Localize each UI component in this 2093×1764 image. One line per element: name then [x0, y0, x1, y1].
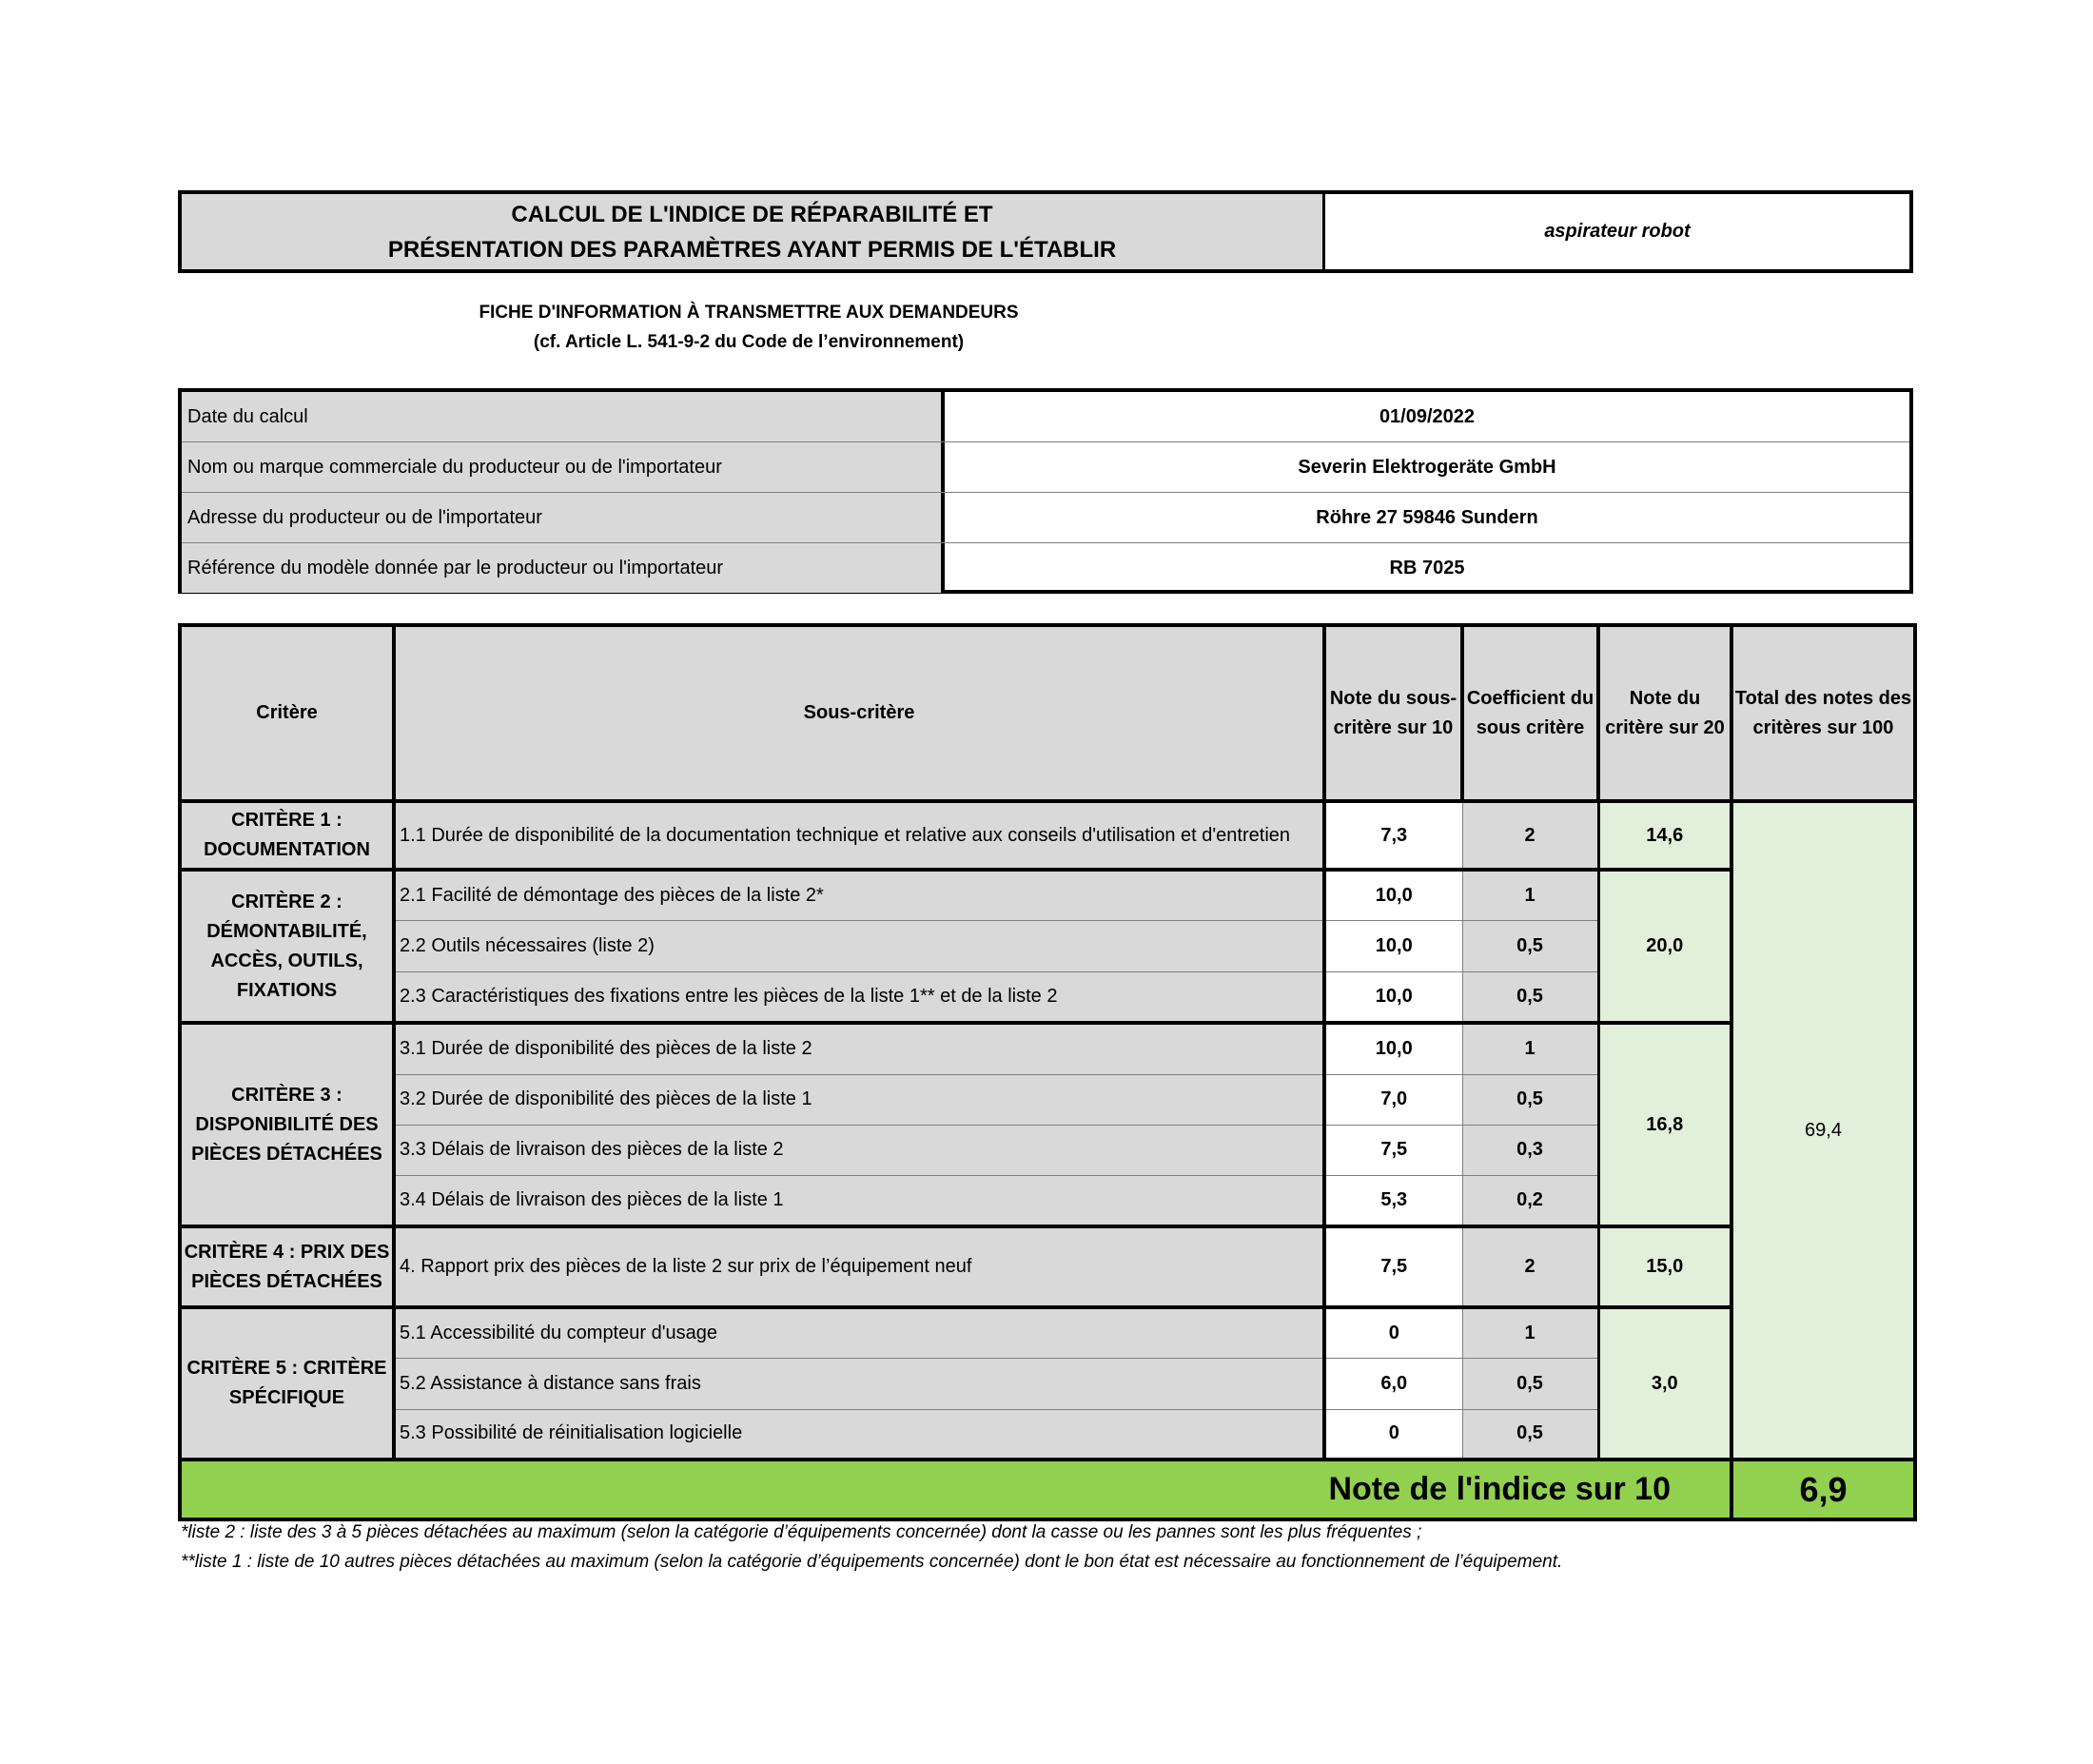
footnote-liste-1: **liste 1 : liste de 10 autres pièces dé… — [181, 1552, 1562, 1573]
sub-criterion-note: 0 — [1324, 1409, 1462, 1460]
sub-criterion-note: 7,0 — [1324, 1074, 1462, 1125]
info-value: RB 7025 — [945, 543, 1909, 593]
sub-criterion-label: 3.4 Délais de livraison des pièces de la… — [394, 1175, 1324, 1226]
sub-criterion-coef: 1 — [1462, 1307, 1598, 1358]
sub-criterion-coef: 0,5 — [1462, 1358, 1598, 1409]
sub-criterion-note: 10,0 — [1324, 870, 1462, 920]
sub-criterion-coef: 0,5 — [1462, 920, 1598, 971]
sub-criterion-coef: 0,3 — [1462, 1125, 1598, 1175]
repairability-table: Critère Sous-critère Note du sous-critèr… — [178, 623, 1917, 1521]
sub-criterion-coef: 0,2 — [1462, 1175, 1598, 1226]
info-label: Adresse du producteur ou de l'importateu… — [182, 493, 945, 542]
table-row: CRITÈRE 5 : CRITÈRE SPÉCIFIQUE 5.1 Acces… — [180, 1307, 1915, 1358]
criterion-score: 14,6 — [1598, 801, 1731, 870]
sub-criterion-note: 10,0 — [1324, 971, 1462, 1023]
sub-criterion-label: 5.1 Accessibilité du compteur d'usage — [394, 1307, 1324, 1358]
sub-criterion-label: 2.3 Caractéristiques des fixations entre… — [394, 971, 1324, 1023]
table-row: CRITÈRE 1 : DOCUMENTATION 1.1 Durée de d… — [180, 801, 1915, 870]
criterion-label: CRITÈRE 2 : DÉMONTABILITÉ, ACCÈS, OUTILS… — [180, 870, 394, 1023]
sub-criterion-coef: 1 — [1462, 1023, 1598, 1074]
sub-criterion-note: 10,0 — [1324, 1023, 1462, 1074]
info-row-address: Adresse du producteur ou de l'importateu… — [182, 493, 1909, 543]
sub-criterion-note: 5,3 — [1324, 1175, 1462, 1226]
sub-criterion-note: 7,5 — [1324, 1125, 1462, 1175]
product-type: aspirateur robot — [1325, 194, 1909, 269]
info-value: Röhre 27 59846 Sundern — [945, 493, 1909, 542]
sub-criterion-label: 1.1 Durée de disponibilité de la documen… — [394, 801, 1324, 870]
header-note-sous-critere: Note du sous-critère sur 10 — [1324, 625, 1462, 801]
info-value: Severin Elektrogeräte GmbH — [945, 442, 1909, 492]
criterion-score: 20,0 — [1598, 870, 1731, 1023]
sub-criterion-note: 0 — [1324, 1307, 1462, 1358]
info-label: Nom ou marque commerciale du producteur … — [182, 442, 945, 492]
table-row: CRITÈRE 3 : DISPONIBILITÉ DES PIÈCES DÉT… — [180, 1023, 1915, 1074]
sub-criterion-label: 3.3 Délais de livraison des pièces de la… — [394, 1125, 1324, 1175]
criterion-score: 16,8 — [1598, 1023, 1731, 1226]
header-note-critere: Note du critère sur 20 — [1598, 625, 1731, 801]
sub-criterion-label: 2.2 Outils nécessaires (liste 2) — [394, 920, 1324, 971]
sub-criterion-coef: 2 — [1462, 801, 1598, 870]
sub-criterion-note: 7,5 — [1324, 1226, 1462, 1307]
sub-criterion-coef: 0,5 — [1462, 1409, 1598, 1460]
criterion-score: 15,0 — [1598, 1226, 1731, 1307]
sub-criterion-label: 2.1 Facilité de démontage des pièces de … — [394, 870, 1324, 920]
final-score-label: Note de l'indice sur 10 — [180, 1460, 1731, 1519]
info-label: Référence du modèle donnée par le produc… — [182, 543, 945, 593]
info-row-brand: Nom ou marque commerciale du producteur … — [182, 442, 1909, 493]
sub-criterion-note: 7,3 — [1324, 801, 1462, 870]
info-value: 01/09/2022 — [945, 392, 1909, 441]
info-row-model: Référence du modèle donnée par le produc… — [182, 543, 1909, 593]
subtitle-line-2: (cf. Article L. 541-9-2 du Code de l’env… — [178, 332, 1320, 353]
criterion-label: CRITÈRE 3 : DISPONIBILITÉ DES PIÈCES DÉT… — [180, 1023, 394, 1226]
criterion-label: CRITÈRE 4 : PRIX DES PIÈCES DÉTACHÉES — [180, 1226, 394, 1307]
final-score-row: Note de l'indice sur 10 6,9 — [180, 1460, 1915, 1519]
sub-criterion-label: 5.3 Possibilité de réinitialisation logi… — [394, 1409, 1324, 1460]
sub-criterion-coef: 2 — [1462, 1226, 1598, 1307]
sub-criterion-note: 6,0 — [1324, 1358, 1462, 1409]
header-critere: Critère — [180, 625, 394, 801]
document-title: CALCUL DE L'INDICE DE RÉPARABILITÉ ET PR… — [182, 194, 1325, 269]
final-score-value: 6,9 — [1731, 1460, 1915, 1519]
sub-criterion-label: 3.1 Durée de disponibilité des pièces de… — [394, 1023, 1324, 1074]
info-table: Date du calcul 01/09/2022 Nom ou marque … — [178, 388, 1913, 594]
title-box: CALCUL DE L'INDICE DE RÉPARABILITÉ ET PR… — [178, 190, 1913, 273]
criterion-score: 3,0 — [1598, 1307, 1731, 1460]
sub-criterion-label: 4. Rapport prix des pièces de la liste 2… — [394, 1226, 1324, 1307]
criterion-label: CRITÈRE 5 : CRITÈRE SPÉCIFIQUE — [180, 1307, 394, 1460]
info-row-date: Date du calcul 01/09/2022 — [182, 392, 1909, 442]
footnote-liste-2: *liste 2 : liste des 3 à 5 pièces détach… — [181, 1522, 1421, 1543]
title-line-2: PRÉSENTATION DES PARAMÈTRES AYANT PERMIS… — [388, 232, 1116, 267]
table-row: CRITÈRE 4 : PRIX DES PIÈCES DÉTACHÉES 4.… — [180, 1226, 1915, 1307]
table-row: CRITÈRE 2 : DÉMONTABILITÉ, ACCÈS, OUTILS… — [180, 870, 1915, 920]
subtitle-line-1: FICHE D'INFORMATION À TRANSMETTRE AUX DE… — [178, 303, 1320, 323]
sub-criterion-coef: 0,5 — [1462, 1074, 1598, 1125]
header-total: Total des notes des critères sur 100 — [1731, 625, 1915, 801]
info-label: Date du calcul — [182, 392, 945, 441]
sub-criterion-coef: 0,5 — [1462, 971, 1598, 1023]
sub-criterion-note: 10,0 — [1324, 920, 1462, 971]
table-header-row: Critère Sous-critère Note du sous-critèr… — [180, 625, 1915, 801]
sub-criterion-coef: 1 — [1462, 870, 1598, 920]
title-line-1: CALCUL DE L'INDICE DE RÉPARABILITÉ ET — [511, 197, 992, 232]
header-coefficient: Coefficient du sous critère — [1462, 625, 1598, 801]
sub-criterion-label: 5.2 Assistance à distance sans frais — [394, 1358, 1324, 1409]
header-sous-critere: Sous-critère — [394, 625, 1324, 801]
criterion-label: CRITÈRE 1 : DOCUMENTATION — [180, 801, 394, 870]
sub-criterion-label: 3.2 Durée de disponibilité des pièces de… — [394, 1074, 1324, 1125]
total-score-100: 69,4 — [1731, 801, 1915, 1460]
